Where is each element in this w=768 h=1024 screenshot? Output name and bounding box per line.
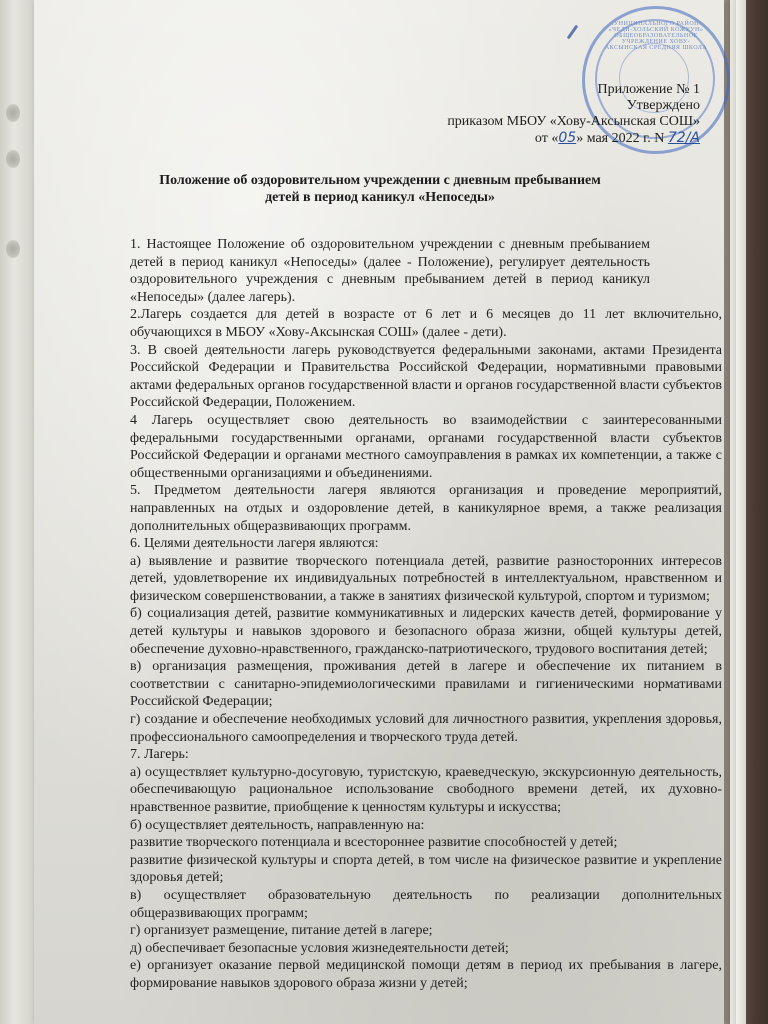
paragraph-5: 5. Предметом деятельности лагеря являютс… <box>130 482 722 535</box>
date-prefix: от « <box>535 131 558 146</box>
order-date-line: от «05» мая 2022 г. N 72/А <box>447 130 700 147</box>
camp-function-e: е) организует оказание первой медицинско… <box>130 957 722 992</box>
stamp-ring-text: МУНИЦИПАЛЬНОГО РАЙОНА «ЧЕДИ-ХОЛЬСКИЙ КОЖ… <box>601 21 711 51</box>
paragraph-6: 6. Целями деятельности лагеря являются: <box>130 535 722 553</box>
punch-hole <box>6 150 20 168</box>
title-line-2: детей в период каникул «Непоседы» <box>120 189 640 206</box>
goal-v: в) организация размещения, проживания де… <box>130 658 722 711</box>
paragraph-7: 7. Лагерь: <box>130 746 722 764</box>
plastic-sleeve-edge <box>0 0 34 1024</box>
camp-function-a: а) осуществляет культурно-досуговую, тур… <box>130 764 722 817</box>
goal-a: а) выявление и развитие творческого поте… <box>130 553 722 606</box>
paragraph-3: 3. В своей деятельности лагерь руководст… <box>130 342 722 412</box>
title-line-1: Положение об оздоровительном учреждении … <box>120 172 640 189</box>
goal-b: б) социализация детей, развитие коммуник… <box>130 605 722 658</box>
paragraph-2: 2.Лагерь создается для детей в возрасте … <box>130 306 722 341</box>
camp-function-v: в) осуществляет образовательную деятельн… <box>130 887 722 922</box>
document-body: 1. Настоящее Положение об оздоровительно… <box>130 236 722 993</box>
approved-label: Утверждено <box>447 98 700 114</box>
date-suffix: » мая 2022 г. N <box>576 131 668 146</box>
camp-function-b: б) осуществляет деятельность, направленн… <box>130 817 722 835</box>
paragraph-4: 4 Лагерь осуществляет свою деятельность … <box>130 412 722 482</box>
document-title: Положение об оздоровительном учреждении … <box>120 172 640 206</box>
camp-function-b-item-1: развитие творческого потенциала и всесто… <box>130 834 722 852</box>
order-number: 72/А <box>668 130 700 146</box>
punch-hole <box>6 104 20 122</box>
appendix-label: Приложение № 1 <box>447 82 700 98</box>
camp-function-d: д) обеспечивает безопасные условия жизне… <box>130 940 722 958</box>
order-line: приказом МБОУ «Хову-Аксынская СОШ» <box>447 114 700 130</box>
date-day: 05 <box>558 130 576 146</box>
paper-stack-edge <box>736 0 746 1024</box>
punch-hole <box>6 240 20 258</box>
goal-g: г) создание и обеспечение необходимых ус… <box>130 711 722 746</box>
paragraph-1: 1. Настоящее Положение об оздоровительно… <box>130 236 650 306</box>
approval-header: Приложение № 1 Утверждено приказом МБОУ … <box>447 82 700 147</box>
camp-function-b-item-2: развитие физической культуры и спорта де… <box>130 852 722 887</box>
camp-function-g: г) организует размещение, питание детей … <box>130 922 722 940</box>
